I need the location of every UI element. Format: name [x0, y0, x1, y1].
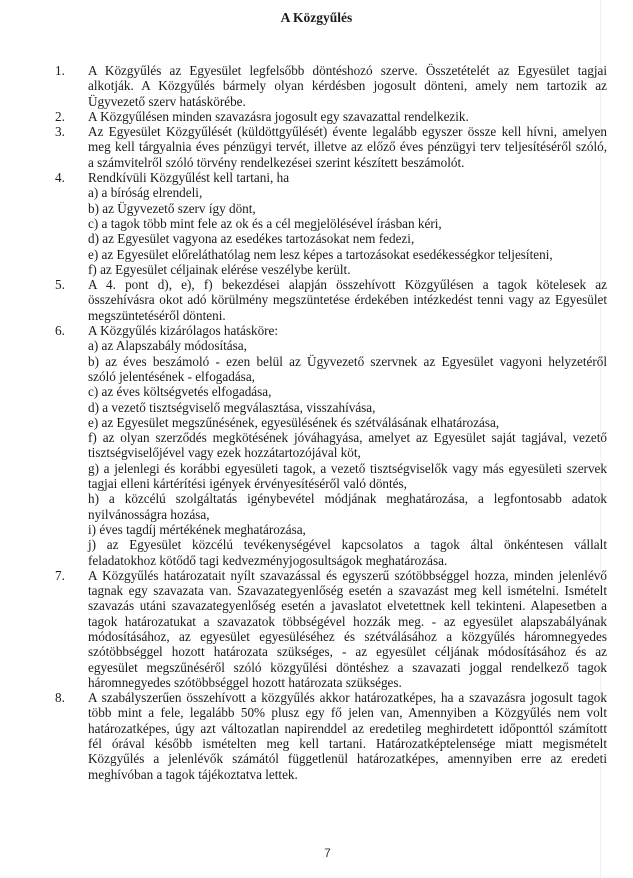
list-item: 5.A 4. pont d), e), f) bekezdései alapjá…	[55, 277, 607, 323]
item-line: alkotják. A Közgyűlés bármely olyan kérd…	[88, 78, 607, 93]
item-line: feladatokhoz kötődő tagi kedvezményjogos…	[88, 553, 607, 568]
item-line: A 4. pont d), e), f) bekezdései alapján …	[88, 277, 607, 292]
item-line: d) az Egyesület vagyona az esedékes tart…	[88, 231, 607, 246]
item-line: szótöbbséggel hozott határozata szüksége…	[88, 644, 607, 659]
item-line: Közgyűlés a jelenlévők számától függetle…	[88, 751, 607, 766]
item-line: egyesület megszűnéséről szóló közgyűlési…	[88, 660, 607, 675]
page-number: 7	[0, 846, 633, 860]
item-line: a) a bíróság elrendeli,	[88, 185, 607, 200]
item-line: Rendkívüli Közgyűlést kell tartani, ha	[88, 170, 607, 185]
list-item: 3.Az Egyesület Közgyűlését (küldöttgyűlé…	[55, 124, 607, 170]
item-line: d) a vezető tisztségviselő megválasztása…	[88, 400, 607, 415]
item-line: e) az Egyesület megszűnésének, egyesülés…	[88, 415, 607, 430]
item-line: A Közgyűlés kizárólagos hatásköre:	[88, 323, 607, 338]
item-line: f) az olyan szerződés megkötésének jóváh…	[88, 430, 607, 445]
item-number: 2.	[55, 109, 65, 124]
list-item: 7.A Közgyűlés határozatait nyílt szavazá…	[55, 568, 607, 690]
item-line: c) a tagok több mint fele az ok és a cél…	[88, 216, 607, 231]
item-line: összehívásra okot adó körülmény megszünt…	[88, 292, 607, 307]
item-number: 4.	[55, 170, 65, 185]
item-line: Az Egyesület Közgyűlését (küldöttgyűlésé…	[88, 124, 607, 139]
item-line: A Közgyűlés határozatait nyílt szavazáss…	[88, 568, 607, 583]
item-line: b) az Ügyvezető szerv így dönt,	[88, 201, 607, 216]
item-line: tagnak egy szavazata van. Szavazategyenl…	[88, 583, 607, 598]
item-line: g) a jelenlegi és korábbi egyesületi tag…	[88, 461, 607, 476]
item-line: szóló jelentésének - elfogadása,	[88, 369, 607, 384]
item-line: Ügyvezető szerv hatáskörébe.	[88, 94, 607, 109]
item-line: j) az Egyesület közcélú tevékenységével …	[88, 537, 607, 552]
item-number: 5.	[55, 277, 65, 292]
list-item: 6.A Közgyűlés kizárólagos hatásköre:a) a…	[55, 323, 607, 568]
item-line: több mint a fele, legalább 50% plusz egy…	[88, 705, 607, 720]
item-line: b) az éves beszámoló - ezen belül az Ügy…	[88, 354, 607, 369]
item-line: e) az Egyesület előreláthatólag nem lesz…	[88, 247, 607, 262]
item-line: c) az éves költségvetés elfogadása,	[88, 384, 607, 399]
list-item: 2.A Közgyűlésen minden szavazásra jogosu…	[55, 109, 607, 124]
item-number: 3.	[55, 124, 65, 139]
item-number: 8.	[55, 690, 65, 705]
item-line: tagjai elleni kártérítési igények érvény…	[88, 476, 607, 491]
item-line: f) az Egyesület céljainak elérése veszél…	[88, 262, 607, 277]
item-line: módosításához, az egyesület egyesüléséhe…	[88, 629, 607, 644]
item-line: fél órával később ismételten meg kell ta…	[88, 736, 607, 751]
item-line: háromnegyedes szótöbbséggel hozott határ…	[88, 675, 607, 690]
item-number: 1.	[55, 63, 65, 78]
item-line: megszüntetéséről dönteni.	[88, 308, 607, 323]
item-line: a számvitelről szóló törvény rendelkezés…	[88, 155, 607, 170]
list-item: 4.Rendkívüli Közgyűlést kell tartani, ha…	[55, 170, 607, 277]
item-number: 6.	[55, 323, 65, 338]
item-line: A szabályszerűen összehívott a közgyűlés…	[88, 690, 607, 705]
list-item: 1.A Közgyűlés az Egyesület legfelsőbb dö…	[55, 63, 607, 109]
item-line: a) az Alapszabály módosítása,	[88, 338, 607, 353]
item-line: tisztségviselőjével vagy ezek hozzátarto…	[88, 445, 607, 460]
item-line: nyilvánosságra hozása,	[88, 507, 607, 522]
item-line: tagok határozatukat a szavazatok többség…	[88, 614, 607, 629]
item-line: A Közgyűlésen minden szavazásra jogosult…	[88, 109, 607, 124]
list-item: 8.A szabályszerűen összehívott a közgyűl…	[55, 690, 607, 782]
item-number: 7.	[55, 568, 65, 583]
item-line: határozatképes, úgy azt változatlan napi…	[88, 721, 607, 736]
page-title: A Közgyűlés	[0, 10, 633, 26]
item-line: i) éves tagdíj mértékének meghatározása,	[88, 522, 607, 537]
item-line: h) a közcélú szolgáltatás igénybevétel m…	[88, 491, 607, 506]
document-body: 1.A Közgyűlés az Egyesület legfelsőbb dö…	[55, 63, 607, 782]
item-line: meg kell tárgyalnia éves pénzügyi tervét…	[88, 139, 607, 154]
item-line: szavazás utáni szavazategyenlőség esetén…	[88, 598, 607, 613]
item-line: meghívóban a tagok tájékoztatva lettek.	[88, 767, 607, 782]
item-line: A Közgyűlés az Egyesület legfelsőbb dönt…	[88, 63, 607, 78]
